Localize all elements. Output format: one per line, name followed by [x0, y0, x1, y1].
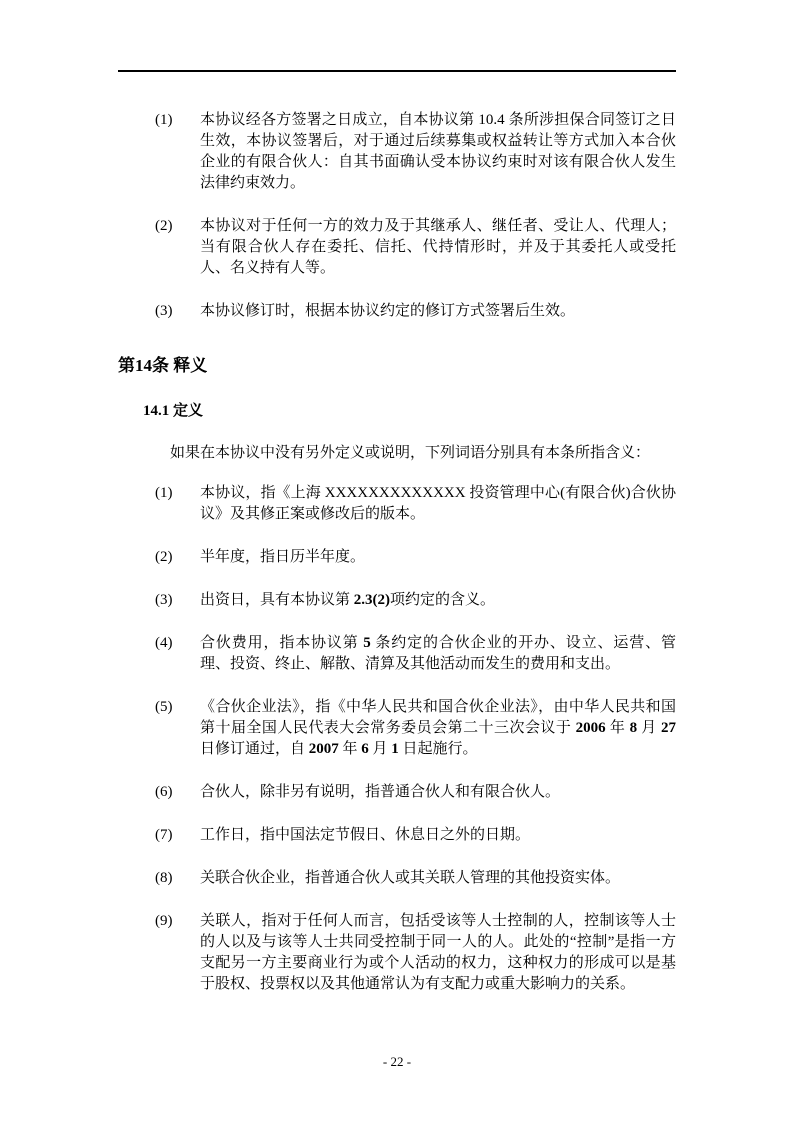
clause-number: (7): [155, 825, 200, 846]
effectiveness-clause-list: (1) 本协议经各方签署之日成立，自本协议第 10.4 条所涉担保合同签订之日生…: [118, 110, 676, 344]
clause-number: (8): [155, 868, 200, 889]
text-run: 本协议，指《上海 XXXXXXXXXXXXX 投资管理中心(有限合伙)合伙协议》…: [200, 485, 676, 522]
text-run: 日起施行。: [399, 741, 478, 757]
text-run: 关联合伙企业，指普通合伙人或其关联人管理的其他投资实体。: [200, 870, 620, 886]
text-run: 本协议经各方签署之日成立，自本协议第 10.4 条所涉担保合同签订之日生效，本协…: [200, 112, 676, 191]
clause-text: 合伙人，除非另有说明，指普通合伙人和有限合伙人。: [200, 782, 676, 803]
clause-number: (4): [155, 633, 200, 675]
text-run: 年: [606, 720, 630, 736]
clause-item: (1) 本协议经各方签署之日成立，自本协议第 10.4 条所涉担保合同签订之日生…: [118, 110, 676, 194]
clause-item: (9) 关联人，指对于任何人而言，包括受该等人士控制的人，控制该等人士的人以及与…: [118, 911, 676, 995]
clause-text: 出资日，具有本协议第 2.3(2)项约定的含义。: [200, 590, 676, 611]
document-page: (1) 本协议经各方签署之日成立，自本协议第 10.4 条所涉担保合同签订之日生…: [0, 0, 794, 1123]
text-run: 日修订通过，自: [200, 741, 309, 757]
clause-item: (5) 《合伙企业法》，指《中华人民共和国合伙企业法》，由中华人民共和国第十届全…: [118, 697, 676, 760]
text-run: 本协议修订时，根据本协议约定的修订方式签署后生效。: [200, 303, 575, 319]
text-run: 年: [339, 741, 362, 757]
clause-number: (1): [155, 483, 200, 525]
clause-number: (2): [155, 547, 200, 568]
text-run: 合伙费用，指本协议第: [200, 635, 363, 651]
bold-text-run: 6: [361, 741, 369, 757]
definitions-intro: 如果在本协议中没有另外定义或说明，下列词语分别具有本条所指含义：: [118, 443, 676, 464]
clause-item: (6) 合伙人，除非另有说明，指普通合伙人和有限合伙人。: [118, 782, 676, 803]
text-run: 出资日，具有本协议第: [200, 592, 354, 608]
clause-number: (1): [155, 110, 200, 194]
clause-number: (3): [155, 301, 200, 322]
clause-text: 合伙费用，指本协议第 5 条约定的合伙企业的开办、设立、运营、管理、投资、终止、…: [200, 633, 676, 675]
bold-text-run: 2006: [576, 720, 606, 736]
clause-text: 工作日，指中国法定节假日、休息日之外的日期。: [200, 825, 676, 846]
clause-item: (1) 本协议，指《上海 XXXXXXXXXXXXX 投资管理中心(有限合伙)合…: [118, 483, 676, 525]
text-run: 项约定的含义。: [390, 592, 495, 608]
clause-text: 《合伙企业法》，指《中华人民共和国合伙企业法》，由中华人民共和国第十届全国人民代…: [200, 697, 676, 760]
page-footer: - 22 -: [118, 1051, 676, 1072]
clause-text: 本协议修订时，根据本协议约定的修订方式签署后生效。: [200, 301, 676, 322]
clause-item: (3) 本协议修订时，根据本协议约定的修订方式签署后生效。: [118, 301, 676, 322]
clause-item: (3) 出资日，具有本协议第 2.3(2)项约定的含义。: [118, 590, 676, 611]
clause-text: 半年度，指日历半年度。: [200, 547, 676, 568]
clause-number: (5): [155, 697, 200, 760]
bold-text-run: 2007: [309, 741, 339, 757]
text-run: 本协议对于任何一方的效力及于其继承人、继任者、受让人、代理人；当有限合伙人存在委…: [200, 218, 676, 276]
bold-text-run: 27: [661, 720, 676, 736]
clause-item: (4) 合伙费用，指本协议第 5 条约定的合伙企业的开办、设立、运营、管理、投资…: [118, 633, 676, 675]
section-14-1-heading: 14.1 定义: [143, 400, 676, 422]
clause-number: (6): [155, 782, 200, 803]
bold-text-run: 5: [363, 635, 371, 651]
bold-text-run: 1: [391, 741, 399, 757]
text-run: 工作日，指中国法定节假日、休息日之外的日期。: [200, 827, 530, 843]
clause-text: 本协议对于任何一方的效力及于其继承人、继任者、受让人、代理人；当有限合伙人存在委…: [200, 216, 676, 279]
clause-text: 本协议经各方签署之日成立，自本协议第 10.4 条所涉担保合同签订之日生效，本协…: [200, 110, 676, 194]
clause-item: (2) 半年度，指日历半年度。: [118, 547, 676, 568]
clause-text: 本协议，指《上海 XXXXXXXXXXXXX 投资管理中心(有限合伙)合伙协议》…: [200, 483, 676, 525]
definitions-list: (1) 本协议，指《上海 XXXXXXXXXXXXX 投资管理中心(有限合伙)合…: [118, 483, 676, 1017]
clause-number: (3): [155, 590, 200, 611]
text-run: 月: [637, 720, 661, 736]
header-rule: [118, 70, 676, 72]
bold-text-run: 2.3(2): [354, 592, 390, 608]
clause-item: (7) 工作日，指中国法定节假日、休息日之外的日期。: [118, 825, 676, 846]
clause-text: 关联人，指对于任何人而言，包括受该等人士控制的人，控制该等人士的人以及与该等人士…: [200, 911, 676, 995]
clause-text: 关联合伙企业，指普通合伙人或其关联人管理的其他投资实体。: [200, 868, 676, 889]
text-run: 半年度，指日历半年度。: [200, 549, 365, 565]
clause-number: (9): [155, 911, 200, 995]
clause-item: (2) 本协议对于任何一方的效力及于其继承人、继任者、受让人、代理人；当有限合伙…: [118, 216, 676, 279]
article-14-heading: 第14条 释义: [118, 354, 676, 378]
page-number: - 22 -: [383, 1054, 411, 1069]
clause-item: (8) 关联合伙企业，指普通合伙人或其关联人管理的其他投资实体。: [118, 868, 676, 889]
bold-text-run: 8: [630, 720, 638, 736]
text-run: 月: [369, 741, 392, 757]
text-run: 关联人，指对于任何人而言，包括受该等人士控制的人，控制该等人士的人以及与该等人士…: [200, 913, 676, 992]
text-run: 合伙人，除非另有说明，指普通合伙人和有限合伙人。: [200, 784, 560, 800]
clause-number: (2): [155, 216, 200, 279]
